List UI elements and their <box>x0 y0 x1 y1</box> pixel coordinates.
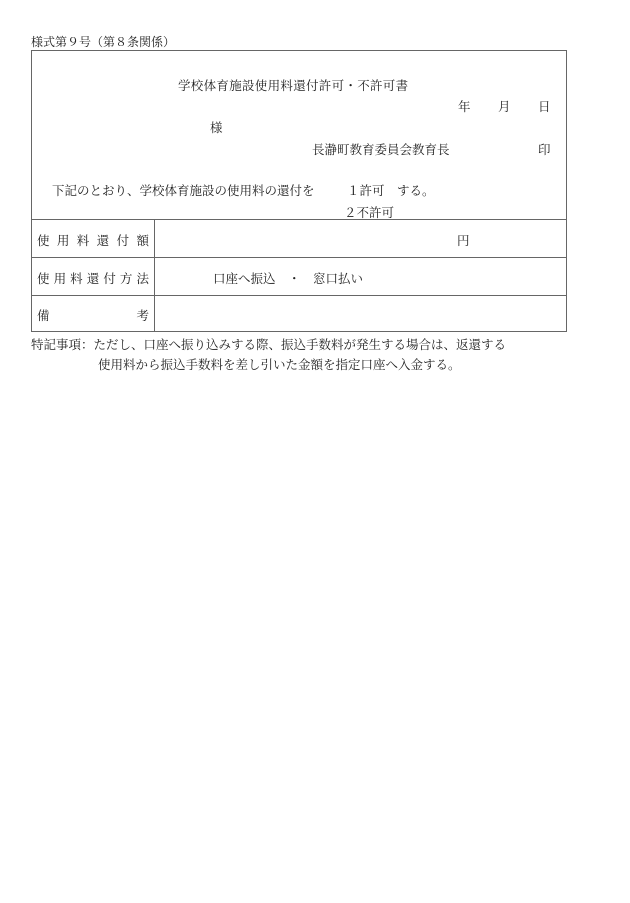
refund-method-options: 口座へ振込 ・ 窓口払い <box>213 269 363 287</box>
table-divider <box>31 295 567 296</box>
document-title: 学校体育施設使用料還付許可・不許可書 <box>178 76 408 94</box>
table-divider <box>31 219 567 220</box>
option-approve: １許可 する。 <box>347 181 435 199</box>
statement: 下記のとおり、学校体育施設の使用料の還付を <box>52 181 315 199</box>
special-note-line1: 特記事項：ただし、口座へ振り込みする際、振込手数料が発生する場合は、返還する <box>31 335 506 353</box>
date-year: 年 <box>458 97 471 115</box>
table-column-divider <box>154 219 155 332</box>
label-refund-method: 使 用 料 還 付 方 法 <box>37 269 149 287</box>
label-refund-amount: 使 用 料 還 付 額 <box>37 231 149 249</box>
recipient-suffix: 様 <box>210 118 223 136</box>
date-day: 日 <box>538 97 551 115</box>
refund-amount-unit: 円 <box>457 231 470 249</box>
issuer: 長瀞町教育委員会教育長 <box>312 140 450 158</box>
label-remarks: 備 考 <box>37 306 149 324</box>
date-month: 月 <box>498 97 511 115</box>
special-note-line2: 使用料から振込手数料を差し引いた金額を指定口座へ入金する。 <box>98 355 461 373</box>
seal-mark: 印 <box>538 140 551 158</box>
table-divider <box>31 257 567 258</box>
form-number: 様式第９号（第８条関係） <box>31 33 175 50</box>
